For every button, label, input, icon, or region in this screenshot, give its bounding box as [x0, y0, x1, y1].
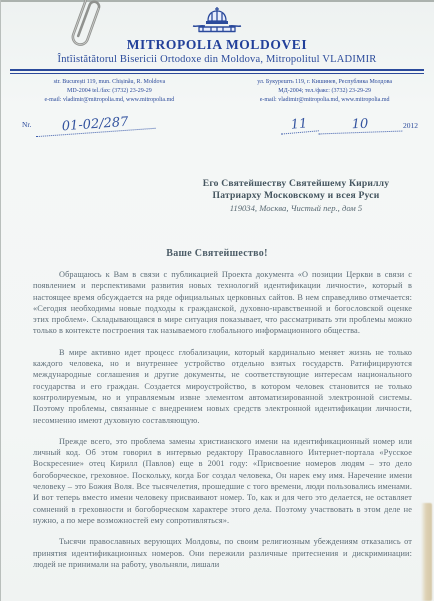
- contact-line: МД-2004; тел./факс: (3732) 23-29-29: [221, 87, 428, 96]
- paragraph: Обращаюсь к Вам в связи с публикацией Пр…: [33, 269, 412, 337]
- contact-line: e-mail: vladimir@mitropolia.md, www.mitr…: [221, 96, 428, 105]
- reference-number: Nr. 01-02/287: [22, 115, 155, 131]
- paragraph: В мире активно идет процесс глобализации…: [33, 347, 412, 426]
- scanned-letter-page: MITROPOLIA MOLDOVEI Întîistătătorul Bise…: [0, 0, 434, 601]
- addressee-line-3: 119034, Москва, Чистый пер., дом 5: [170, 203, 422, 214]
- reference-row: Nr. 01-02/287 11 10 2012: [0, 105, 434, 131]
- contact-line: ул. Букурешть 119, г. Кишинев, Республик…: [221, 78, 428, 87]
- contact-block-romanian: str. București 119, mun. Chișinău, R. Mo…: [6, 78, 213, 105]
- addressee-block: Его Святейшеству Святейшему Кириллу Патр…: [170, 178, 422, 214]
- salutation: Ваше Святейшество!: [0, 248, 434, 259]
- letter-body: Обращаюсь к Вам в связи с публикацией Пр…: [0, 259, 434, 570]
- contact-block-russian: ул. Букурешть 119, г. Кишинев, Республик…: [221, 78, 428, 105]
- paragraph: Тысячи православных верующих Молдовы, по…: [33, 536, 412, 570]
- scan-left-edge: [0, 0, 1, 601]
- contact-line: e-mail: vladimir@mitropolia.md, www.mitr…: [6, 96, 213, 105]
- date-year: 2012: [403, 121, 418, 131]
- date-group: 11 10 2012: [280, 115, 418, 131]
- date-day-handwritten: 11: [280, 115, 319, 134]
- reference-number-handwritten: 01-02/287: [35, 113, 156, 137]
- contacts-row: str. București 119, mun. Chișinău, R. Mo…: [0, 74, 434, 105]
- paperclip-icon: [52, 0, 106, 66]
- scan-edge-right: [421, 503, 432, 601]
- addressee-line-2: Патриарху Московскому и всея Руси: [170, 190, 422, 202]
- reference-number-label: Nr.: [22, 120, 31, 131]
- contact-line: MD-2004 tel./fax: (3732) 23-29-29: [6, 87, 213, 96]
- date-month-handwritten: 10: [318, 116, 403, 135]
- paragraph: Прежде всего, это проблема замены христи…: [33, 436, 412, 526]
- contact-line: str. București 119, mun. Chișinău, R. Mo…: [6, 78, 213, 87]
- addressee-line-1: Его Святейшеству Святейшему Кириллу: [170, 178, 422, 190]
